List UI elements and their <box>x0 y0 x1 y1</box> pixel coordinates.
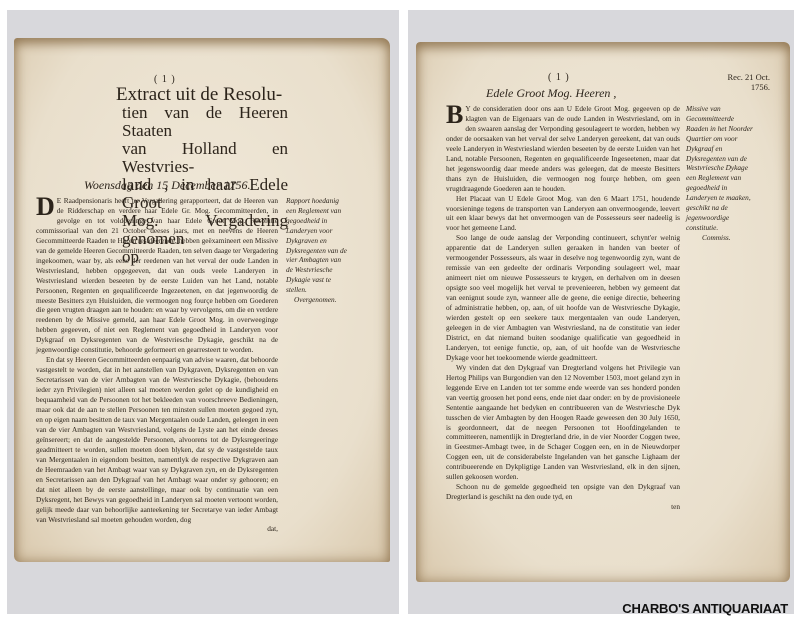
resolution-date: Woensdag den 15 December 1756. <box>84 178 251 193</box>
paragraph: Schoon nu de gemelde gegoedheid ten opsi… <box>446 482 680 502</box>
paragraph-text: Y de consideratien door ons aan U Edele … <box>446 104 680 193</box>
dealer-watermark: CHARBO'S ANTIQUARIAAT <box>622 601 788 616</box>
paragraph: En dat sy Heeren Gecommitteerden eenpaar… <box>36 355 278 524</box>
salutation: Edele Groot Mog. Heeren , <box>486 86 616 101</box>
catchword: dat, <box>36 524 278 534</box>
paragraph: Het Placaat van U Edele Groot Mog. van d… <box>446 194 680 234</box>
title-line: Extract uit de Resolu- <box>116 86 288 104</box>
received-date: Rec. 21 Oct. <box>706 72 770 82</box>
drop-cap: B <box>446 105 463 125</box>
margin-note-text: Overgenomen. <box>286 295 348 305</box>
catchword: ten <box>446 502 680 512</box>
margin-note: Missive van Gecommitteerde Raaden in het… <box>686 104 754 243</box>
left-document-page: ( 1 ) Extract uit de Resolu- tien van de… <box>14 38 390 562</box>
right-document-page: ( 1 ) Rec. 21 Oct. 1756. Edele Groot Mog… <box>416 42 790 582</box>
received-note: Rec. 21 Oct. 1756. <box>706 72 770 92</box>
paragraph: DE Raadpensionaris heeft ter Vergadering… <box>36 196 278 355</box>
page-number: ( 1 ) <box>548 72 570 83</box>
margin-note: Rapport hoedanig een Reglement van gegoe… <box>286 196 348 305</box>
title-line: van Holland en Westvries- <box>122 140 288 176</box>
paragraph: BY de consideratien door ons aan U Edele… <box>446 104 680 194</box>
paragraph-text: E Raadpensionaris heeft ter Vergadering … <box>36 196 278 354</box>
margin-note-text: Rapport hoedanig een Reglement van gegoe… <box>286 196 348 295</box>
margin-note-text: Commiss. <box>686 233 754 243</box>
drop-cap: D <box>36 197 55 217</box>
margin-note-text: Missive van Gecommitteerde Raaden in het… <box>686 104 754 233</box>
body-text: BY de consideratien door ons aan U Edele… <box>446 104 680 512</box>
body-text: DE Raadpensionaris heeft ter Vergadering… <box>36 196 278 534</box>
received-year: 1756. <box>706 82 770 92</box>
paragraph: Soo lange de oude aanslag der Verponding… <box>446 233 680 362</box>
paragraph: Wy vinden dat den Dykgraaf van Dregterla… <box>446 363 680 482</box>
title-line: tien van de Heeren Staaten <box>122 104 288 140</box>
